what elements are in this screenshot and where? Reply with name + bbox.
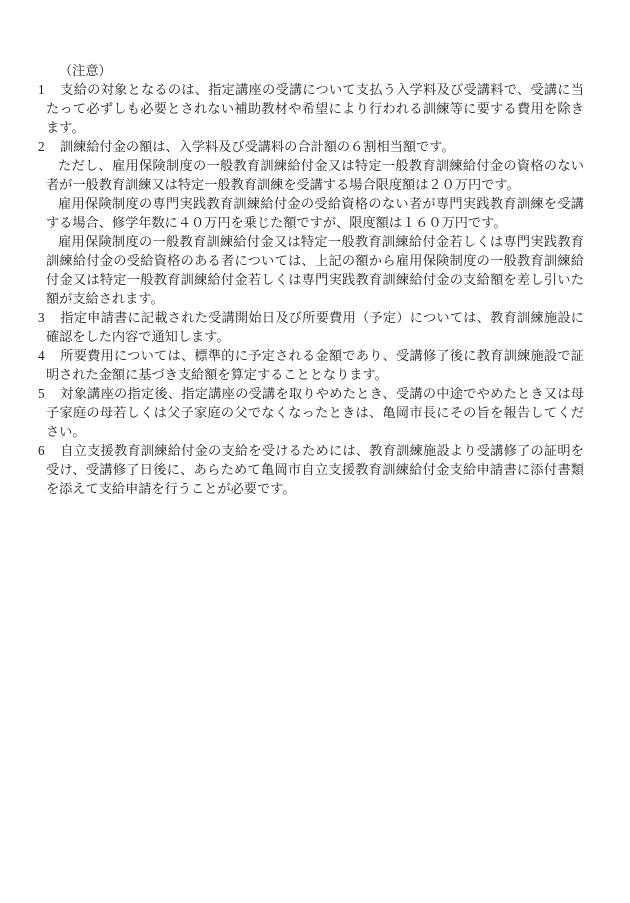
item-1-text: 支給の対象となるのは、指定講座の受講について支払う入学料及び受講料で、受講に当た… xyxy=(46,82,584,135)
list-item-5: 5対象講座の指定後、指定講座の受講を取りやめたとき、受講の中途でやめたとき又は母… xyxy=(46,384,584,441)
item-2-subparagraph-2: 雇用保険制度の専門実践教育訓練給付金の受給資格のない者が専門実践教育訓練を受講す… xyxy=(46,194,584,232)
item-6-number: 6 xyxy=(38,441,60,460)
item-2-subparagraph-3: 雇用保険制度の一般教育訓練給付金又は特定一般教育訓練給付金若しくは専門実践教育訓… xyxy=(46,232,584,308)
item-2-number: 2 xyxy=(38,137,60,156)
list-item-6: 6自立支援教育訓練給付金の支給を受けるためには、教育訓練施設より受講修了の証明を… xyxy=(46,441,584,498)
item-4-text: 所要費用については、標準的に予定される金額であり、受講修了後に教育訓練施設で証明… xyxy=(46,348,584,382)
item-2-subparagraph-1: ただし、雇用保険制度の一般教育訓練給付金又は特定一般教育訓練給付金の資格のない者… xyxy=(46,156,584,194)
notice-body: （注意） 1支給の対象となるのは、指定講座の受講について支払う入学料及び受講料で… xyxy=(46,61,584,498)
item-4-number: 4 xyxy=(38,346,60,365)
list-item-3: 3指定申請書に記載された受講開始日及び所要費用（予定）については、教育訓練施設に… xyxy=(46,308,584,346)
item-5-text: 対象講座の指定後、指定講座の受講を取りやめたとき、受講の中途でやめたとき又は母子… xyxy=(46,386,584,439)
list-item-1: 1支給の対象となるのは、指定講座の受講について支払う入学料及び受講料で、受講に当… xyxy=(46,80,584,137)
item-6-text: 自立支援教育訓練給付金の支給を受けるためには、教育訓練施設より受講修了の証明を受… xyxy=(46,443,584,496)
item-5-number: 5 xyxy=(38,384,60,403)
item-1-number: 1 xyxy=(38,80,60,99)
item-2-text: 訓練給付金の額は、入学料及び受講料の合計額の６割相当額です。 xyxy=(60,139,455,154)
notice-heading: （注意） xyxy=(46,61,584,80)
item-3-number: 3 xyxy=(38,308,60,327)
document-page: （注意） 1支給の対象となるのは、指定講座の受講について支払う入学料及び受講料で… xyxy=(0,0,630,903)
list-item-4: 4所要費用については、標準的に予定される金額であり、受講修了後に教育訓練施設で証… xyxy=(46,346,584,384)
item-3-text: 指定申請書に記載された受講開始日及び所要費用（予定）については、教育訓練施設に確… xyxy=(46,310,584,344)
list-item-2: 2訓練給付金の額は、入学料及び受講料の合計額の６割相当額です。 xyxy=(46,137,584,156)
